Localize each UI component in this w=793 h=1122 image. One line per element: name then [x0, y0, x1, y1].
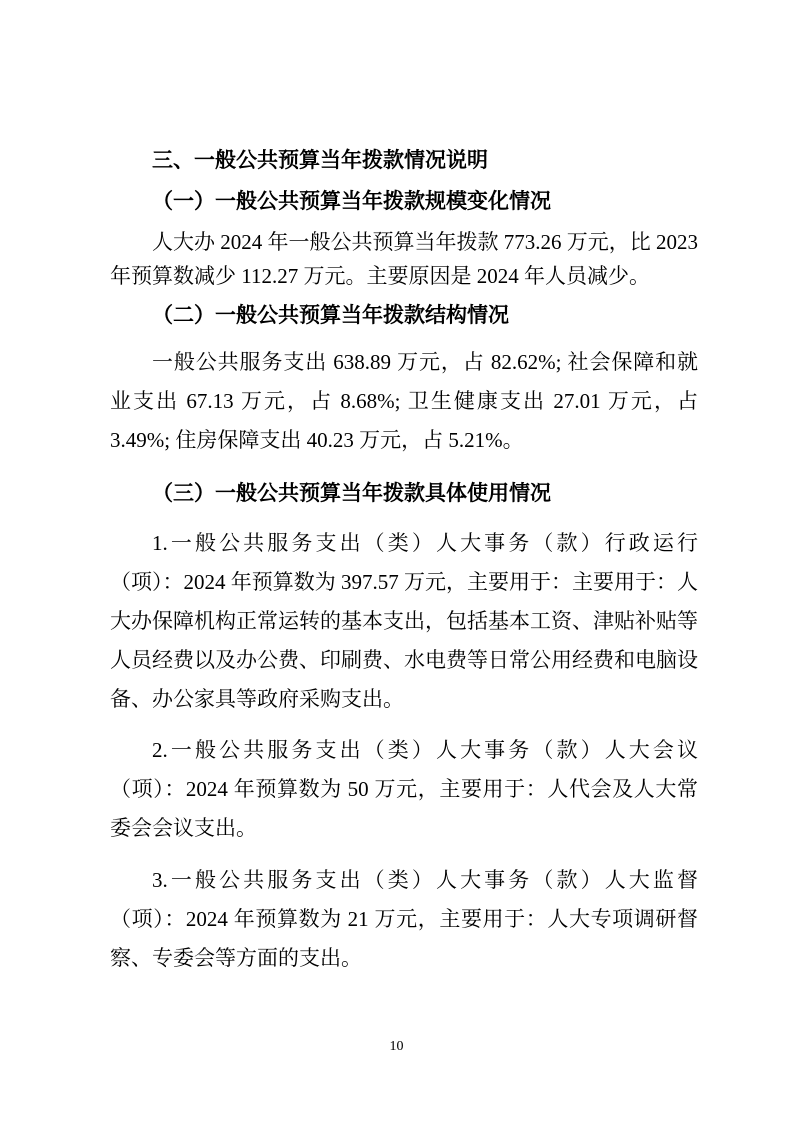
subsection-2-heading: （二）一般公共预算当年拨款结构情况 — [110, 303, 698, 327]
subsection-3-paragraph-1: 1.一般公共服务支出（类）人大事务（款）行政运行（项）：2024 年预算数为 3… — [110, 524, 698, 719]
subsection-3-paragraph-2: 2.一般公共服务支出（类）人大事务（款）人大会议（项）：2024 年预算数为 5… — [110, 731, 698, 848]
subsection-1-heading: （一）一般公共预算当年拨款规模变化情况 — [110, 189, 698, 213]
subsection-3-paragraph-3: 3.一般公共服务支出（类）人大事务（款）人大监督（项）：2024 年预算数为 2… — [110, 861, 698, 978]
page-number: 10 — [0, 1038, 793, 1056]
subsection-3-heading: （三）一般公共预算当年拨款具体使用情况 — [110, 481, 698, 505]
document-title: 三、一般公共预算当年拨款情况说明 — [110, 149, 698, 173]
subsection-2-paragraph: 一般公共服务支出 638.89 万元，占 82.62%; 社会保障和就业支出 6… — [110, 343, 698, 460]
subsection-1-paragraph: 人大办 2024 年一般公共预算当年拨款 773.26 万元，比 2023 年预… — [110, 225, 698, 293]
document-page: 三、一般公共预算当年拨款情况说明 （一）一般公共预算当年拨款规模变化情况 人大办… — [0, 0, 793, 1122]
